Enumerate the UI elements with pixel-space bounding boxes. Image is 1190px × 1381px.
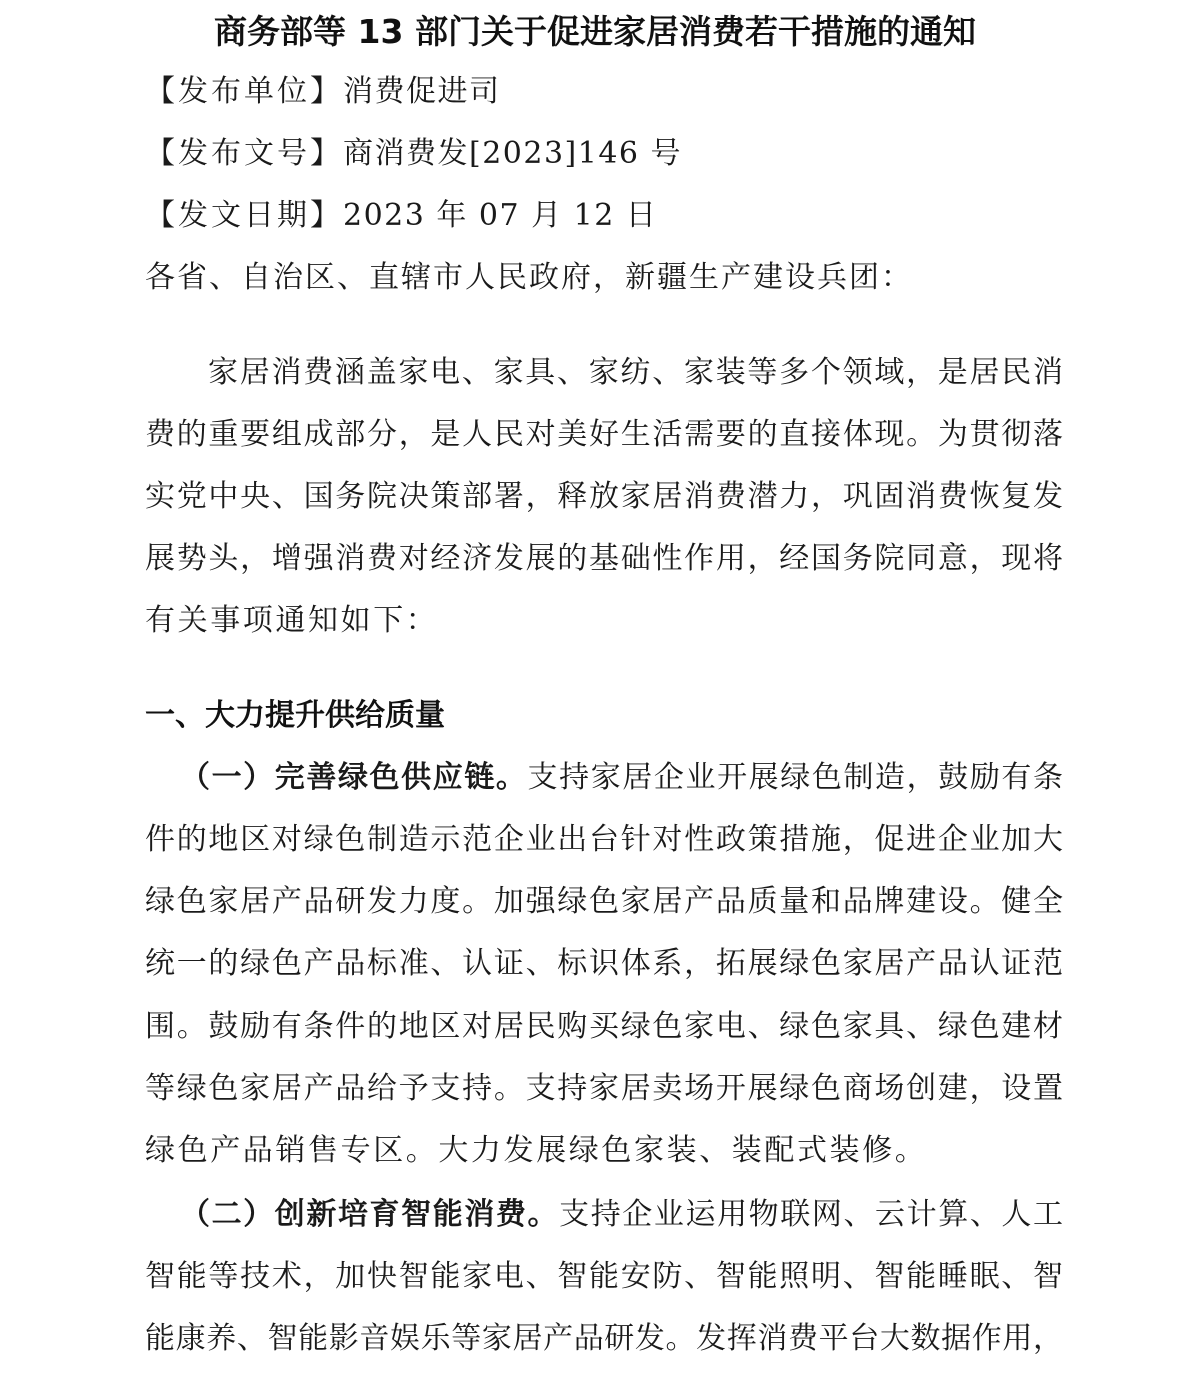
meta-value: 消费促进司 — [343, 74, 501, 109]
document-page: 商务部等 13 部门关于促进家居消费若干措施的通知 【发布单位】消费促进司 【发… — [0, 0, 1190, 1381]
meta-publisher: 【发布单位】消费促进司 — [145, 72, 501, 112]
meta-label: 【发布单位】 — [145, 74, 343, 109]
item-2-line: 能康养、智能影音娱乐等家居产品研发。发挥消费平台大数据作用， — [145, 1319, 1063, 1359]
intro-line: 家居消费涵盖家电、家具、家纺、家装等多个领域，是居民消 — [208, 353, 1063, 393]
meta-issue-date: 【发文日期】2023 年 07 月 12 日 — [145, 196, 657, 236]
item-2-lead: （二）创新培育智能消费。 — [180, 1197, 559, 1232]
meta-value: 商消费发[2023]146 号 — [343, 136, 682, 171]
item-1-line: 等绿色家居产品给予支持。支持家居卖场开展绿色商场创建，设置 — [145, 1069, 1063, 1109]
meta-label: 【发布文号】 — [145, 136, 343, 171]
item-1-first-line: （一）完善绿色供应链。支持家居企业开展绿色制造，鼓励有条 — [180, 758, 1063, 798]
item-1-text: 支持家居企业开展绿色制造，鼓励有条 — [528, 760, 1063, 795]
item-1-line: 绿色产品销售专区。大力发展绿色家装、装配式装修。 — [145, 1131, 1063, 1171]
item-1-line: 围。鼓励有条件的地区对居民购买绿色家电、绿色家具、绿色建材 — [145, 1007, 1063, 1047]
meta-value: 2023 年 07 月 12 日 — [343, 198, 657, 233]
salutation: 各省、自治区、直辖市人民政府，新疆生产建设兵团： — [145, 258, 913, 298]
intro-line: 有关事项通知如下： — [145, 601, 1063, 641]
intro-line: 展势头，增强消费对经济发展的基础性作用，经国务院同意，现将 — [145, 539, 1063, 579]
meta-label: 【发文日期】 — [145, 198, 343, 233]
item-1-line: 绿色家居产品研发力度。加强绿色家居产品质量和品牌建设。健全 — [145, 882, 1063, 922]
intro-line: 费的重要组成部分，是人民对美好生活需要的直接体现。为贯彻落 — [145, 415, 1063, 455]
item-1-line: 件的地区对绿色制造示范企业出台针对性政策措施，促进企业加大 — [145, 820, 1063, 860]
item-2-line: 智能等技术，加快智能家电、智能安防、智能照明、智能睡眠、智 — [145, 1257, 1063, 1297]
meta-document-number: 【发布文号】商消费发[2023]146 号 — [145, 134, 682, 174]
document-title: 商务部等 13 部门关于促进家居消费若干措施的通知 — [0, 10, 1190, 54]
item-1-lead: （一）完善绿色供应链。 — [180, 760, 528, 795]
intro-line: 实党中央、国务院决策部署，释放家居消费潜力，巩固消费恢复发 — [145, 477, 1063, 517]
item-2-text: 支持企业运用物联网、云计算、人工 — [559, 1197, 1063, 1232]
item-1-line: 统一的绿色产品标准、认证、标识体系，拓展绿色家居产品认证范 — [145, 944, 1063, 984]
item-2-first-line: （二）创新培育智能消费。支持企业运用物联网、云计算、人工 — [180, 1195, 1063, 1235]
section-heading: 一、大力提升供给质量 — [145, 696, 445, 736]
